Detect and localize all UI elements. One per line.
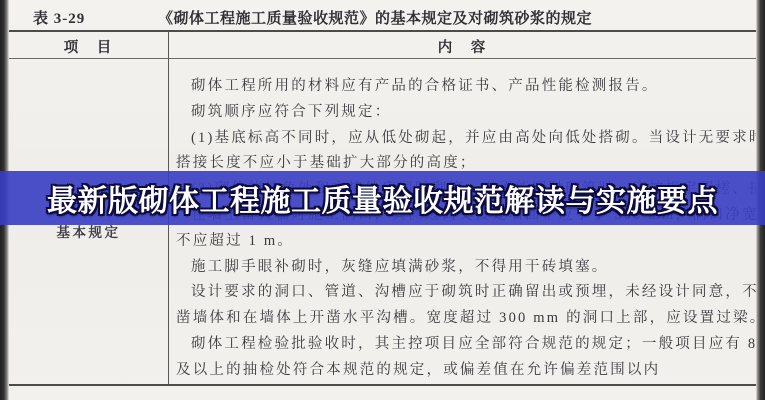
- table-title: 《砌体工程施工质量验收规范》的基本规定及对砌筑砂浆的规定: [158, 7, 592, 28]
- table-content-line: (1)基底标高不同时，应从低处砌起，并应由高处向低处搭砌。当设计无要求时，: [169, 126, 755, 152]
- column-header-content: 内 容: [169, 35, 756, 57]
- scanned-document-page: 表 3-29 《砌体工程施工质量验收规范》的基本规定及对砌筑砂浆的规定 项 目 …: [0, 0, 765, 400]
- table-content-line: 砌筑顺序应符合下列规定：: [169, 100, 755, 126]
- promo-banner-overlay: 最新版砌体工程施工质量验收规范解读与实施要点: [0, 171, 765, 225]
- column-header-item: 项 目: [9, 35, 168, 57]
- table-content-line: 及以上的抽检处符合本规范的规定，或偏差值在允许偏差范围以内: [169, 358, 755, 384]
- table-content-line: 施工脚手眼补砌时，灰缝应填满砂浆，不得用干砖填塞。: [169, 255, 755, 281]
- row-label-basic-regulations: 基本规定: [9, 221, 168, 241]
- table-bottom-rule: [8, 384, 756, 386]
- table-content-line: 设计要求的洞口、管道、沟槽应于砌筑时正确留出或预埋，未经设计同意，不得打: [169, 280, 755, 306]
- table-number: 表 3-29: [33, 7, 85, 28]
- table-content-line: 砌体工程所用的材料应有产品的合格证书、产品性能检测报告。: [169, 74, 755, 100]
- table-content-line: 不应超过 1 m。: [169, 229, 755, 255]
- table-top-rule: [8, 30, 756, 32]
- table-content-line: 砌体工程检验批验收时，其主控项目应全部符合规范的规定；一般项目应有 80%: [169, 332, 755, 358]
- table-content-line: 凿墙体和在墙体上开凿水平沟槽。宽度超过 300 mm 的洞口上部，应设置过梁。: [169, 306, 755, 332]
- promo-banner-headline: 最新版砌体工程施工质量验收规范解读与实施要点: [47, 176, 718, 220]
